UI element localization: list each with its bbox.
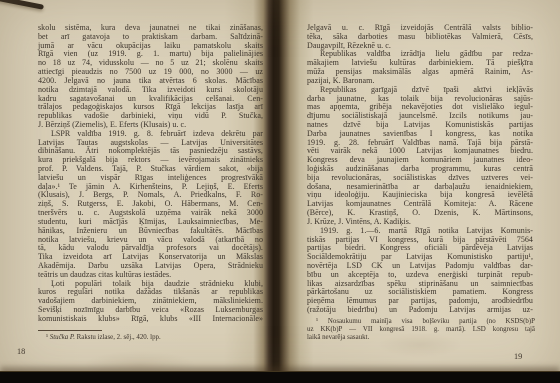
left-page-text: skolu sistēma, kura deva jaunatnei ne ti… [38,24,263,324]
page-number-right: 19 [514,352,522,361]
footnote-text: Rakstu izlase, 2. sēj., 420. lpp. [75,334,161,341]
scan-corner-artifact [0,0,44,10]
right-page-text: Jelgavā u. c. Rīgā izveidojās Centrālā v… [307,24,533,315]
text-line: komunistiskais klubs» Rīgā, klubs «III I… [38,315,263,324]
footnote-line: ¹ Nosaukumu mainīja visa boļševiku parti… [307,318,535,326]
footnote-rule [38,330,102,331]
footnote-author: Stučka P. [50,334,75,341]
scan-bottom-band [0,371,560,383]
footnote-line: laikā nevarēja sasaukt. [307,334,535,342]
footnote-line: uz KK(b)P — VII kongresā 1918. g. martā)… [307,326,535,334]
book-scan: skolu sistēma, kura deva jaunatnei ne ti… [0,0,560,383]
right-footnote: ¹ Nosaukumu mainīja visa boļševiku parti… [307,318,535,341]
text-line: (ražotāju biedrību) un Padomju Latvijas … [307,306,533,315]
left-footnote: ¹ Stučka P. Rakstu izlase, 2. sēj., 420.… [46,334,260,341]
page-number-left: 18 [17,347,25,356]
